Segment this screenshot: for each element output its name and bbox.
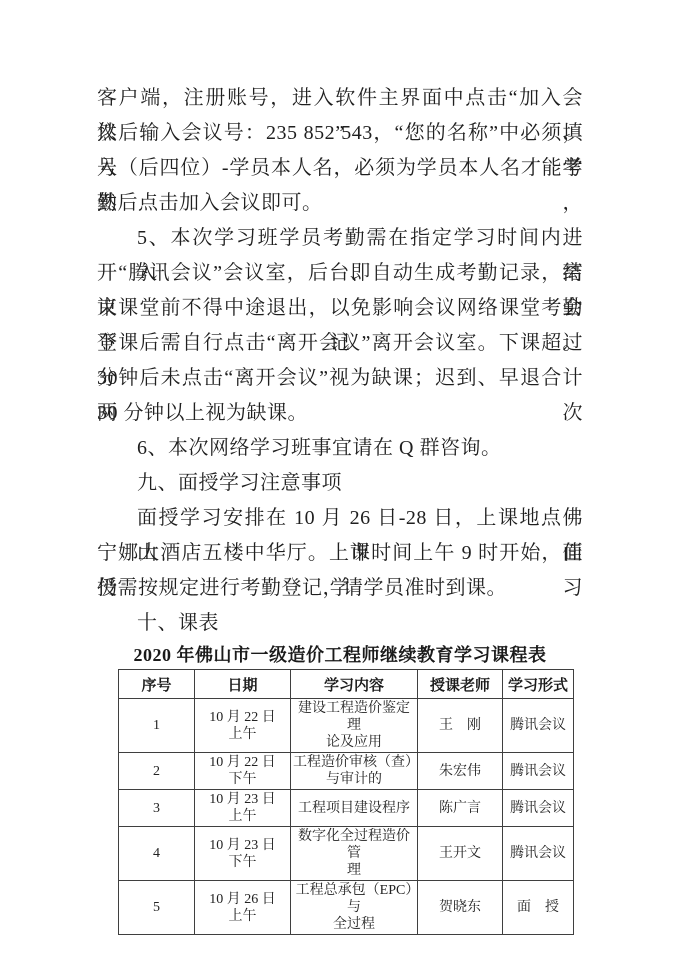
body-line: 宁娜大酒店五楼中华厅。上课时间上午 9 时开始，面授学习 bbox=[97, 536, 583, 571]
document-body: 客户端，注册账号，进入软件主界面中点击“加入会议”，然后输入会议号：235 85… bbox=[97, 81, 583, 641]
cell-line: 理 bbox=[293, 862, 415, 879]
column-header: 授课老师 bbox=[418, 670, 503, 699]
date-cell: 10 月 26 日上午 bbox=[195, 881, 291, 935]
format-cell: 腾讯会议 bbox=[503, 790, 574, 827]
cell-line: 建设工程造价鉴定理 bbox=[293, 700, 415, 734]
table-row: 510 月 26 日上午工程总承包（EPC）与全过程贺晓东面 授 bbox=[119, 881, 574, 935]
date-cell: 10 月 22 日下午 bbox=[195, 753, 291, 790]
column-header: 日期 bbox=[195, 670, 291, 699]
column-header: 学习形式 bbox=[503, 670, 574, 699]
teacher-cell: 贺晓东 bbox=[418, 881, 503, 935]
body-line: 然后输入会议号：235 852 543，“您的名称”中必须填入学 bbox=[97, 116, 583, 151]
cell-line: 10 月 22 日 bbox=[197, 709, 288, 726]
content-cell: 数字化全过程造价管理 bbox=[291, 827, 418, 881]
format-cell: 腾讯会议 bbox=[503, 827, 574, 881]
cell-line: 工程造价审核（查） bbox=[293, 754, 415, 771]
document-page: 客户端，注册账号，进入软件主界面中点击“加入会议”，然后输入会议号：235 85… bbox=[0, 0, 680, 958]
serial-cell: 5 bbox=[119, 881, 195, 935]
serial-cell: 3 bbox=[119, 790, 195, 827]
cell-line: 上午 bbox=[197, 808, 288, 825]
cell-line: 上午 bbox=[197, 726, 288, 743]
table-header-row: 序号日期学习内容授课老师学习形式 bbox=[119, 670, 574, 699]
content-cell: 工程总承包（EPC）与全过程 bbox=[291, 881, 418, 935]
cell-line: 全过程 bbox=[293, 916, 415, 933]
body-line: 议课堂前不得中途退出，以免影响会议网络课堂考勤登记。 bbox=[97, 291, 583, 326]
course-table: 序号日期学习内容授课老师学习形式 110 月 22 日上午建设工程造价鉴定理论及… bbox=[118, 669, 574, 935]
column-header: 序号 bbox=[119, 670, 195, 699]
table-row: 410 月 23 日下午数字化全过程造价管理王开文腾讯会议 bbox=[119, 827, 574, 881]
cell-line: 数字化全过程造价管 bbox=[293, 828, 415, 862]
table-row: 310 月 23 日上午工程项目建设程序陈广言腾讯会议 bbox=[119, 790, 574, 827]
cell-line: 与审计的 bbox=[293, 771, 415, 788]
body-line: 5、本次学习班学员考勤需在指定学习时间内进入、离 bbox=[97, 221, 583, 256]
cell-line: 上午 bbox=[197, 908, 288, 925]
content-cell: 建设工程造价鉴定理论及应用 bbox=[291, 699, 418, 753]
cell-line: 下午 bbox=[197, 771, 288, 788]
teacher-cell: 王 刚 bbox=[418, 699, 503, 753]
body-line: 下课后需自行点击“离开会议”离开会议室。下课超过 30 bbox=[97, 326, 583, 361]
cell-line: 10 月 26 日 bbox=[197, 891, 288, 908]
body-line: 九、面授学习注意事项 bbox=[97, 466, 583, 501]
body-line: 十、课表 bbox=[97, 606, 583, 641]
column-header: 学习内容 bbox=[291, 670, 418, 699]
format-cell: 面 授 bbox=[503, 881, 574, 935]
content-cell: 工程项目建设程序 bbox=[291, 790, 418, 827]
cell-line: 10 月 23 日 bbox=[197, 791, 288, 808]
content-cell: 工程造价审核（查）与审计的 bbox=[291, 753, 418, 790]
body-line: 客户端，注册账号，进入软件主界面中点击“加入会议”， bbox=[97, 81, 583, 116]
date-cell: 10 月 22 日上午 bbox=[195, 699, 291, 753]
table-row: 110 月 22 日上午建设工程造价鉴定理论及应用王 刚腾讯会议 bbox=[119, 699, 574, 753]
course-table-title: 2020 年佛山市一级造价工程师继续教育学习课程表 bbox=[97, 643, 583, 668]
cell-line: 工程项目建设程序 bbox=[293, 800, 415, 817]
document-content: 客户端，注册账号，进入软件主界面中点击“加入会议”，然后输入会议号：235 85… bbox=[97, 81, 583, 935]
body-line: 分钟后未点击“离开会议”视为缺课；迟到、早退合计两次 bbox=[97, 361, 583, 396]
body-line: 开“腾讯会议”会议室，后台即自动生成考勤记录，结束会 bbox=[97, 256, 583, 291]
date-cell: 10 月 23 日下午 bbox=[195, 827, 291, 881]
table-body: 110 月 22 日上午建设工程造价鉴定理论及应用王 刚腾讯会议210 月 22… bbox=[119, 699, 574, 935]
teacher-cell: 陈广言 bbox=[418, 790, 503, 827]
body-line: 号（后四位）-学员本人名，必须为学员本人名才能考勤， bbox=[97, 151, 583, 186]
table-row: 210 月 22 日下午工程造价审核（查）与审计的朱宏伟腾讯会议 bbox=[119, 753, 574, 790]
cell-line: 论及应用 bbox=[293, 734, 415, 751]
format-cell: 腾讯会议 bbox=[503, 753, 574, 790]
cell-line: 10 月 23 日 bbox=[197, 837, 288, 854]
teacher-cell: 王开文 bbox=[418, 827, 503, 881]
body-line: 面授学习安排在 10 月 26 日-28 日，上课地点佛山市佳 bbox=[97, 501, 583, 536]
teacher-cell: 朱宏伟 bbox=[418, 753, 503, 790]
body-line: 6、本次网络学习班事宜请在 Q 群咨询。 bbox=[97, 431, 583, 466]
format-cell: 腾讯会议 bbox=[503, 699, 574, 753]
cell-line: 下午 bbox=[197, 854, 288, 871]
serial-cell: 4 bbox=[119, 827, 195, 881]
serial-cell: 2 bbox=[119, 753, 195, 790]
serial-cell: 1 bbox=[119, 699, 195, 753]
cell-line: 工程总承包（EPC）与 bbox=[293, 882, 415, 916]
date-cell: 10 月 23 日上午 bbox=[195, 790, 291, 827]
cell-line: 10 月 22 日 bbox=[197, 754, 288, 771]
